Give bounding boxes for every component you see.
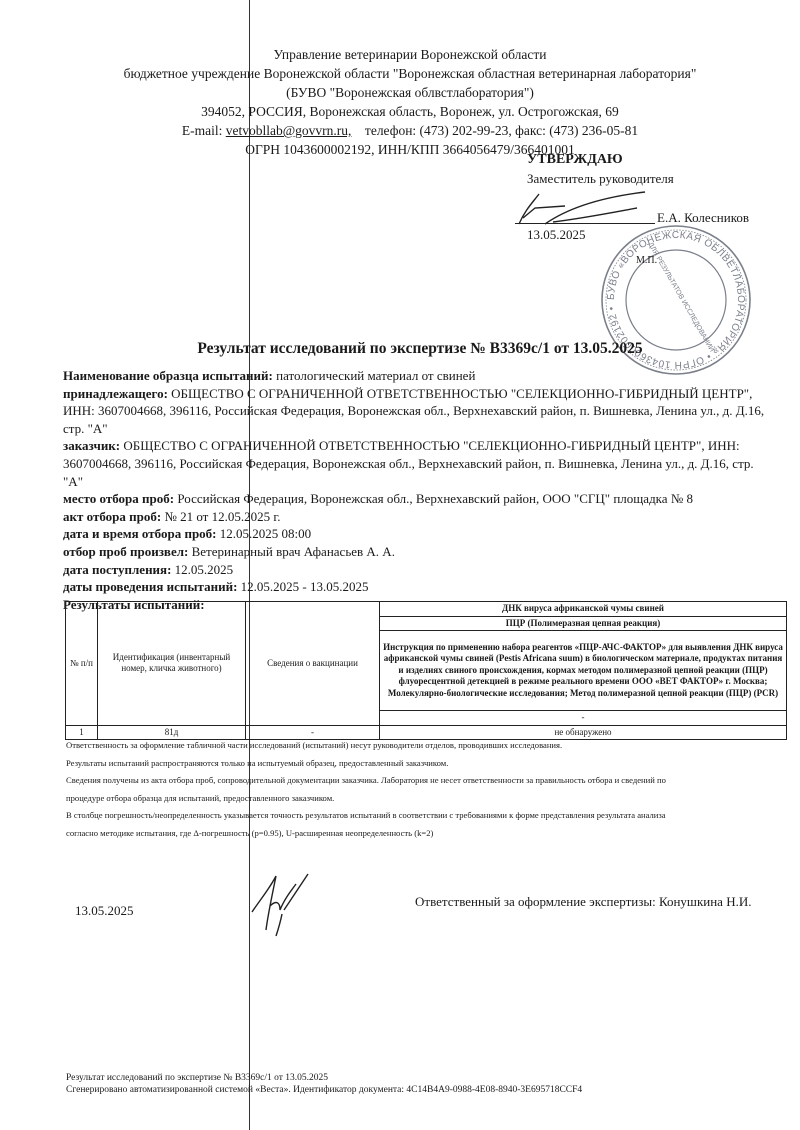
sampled-by-value: Ветеринарный врач Афанасьев А. А. <box>192 544 395 559</box>
sampling-act-value: № 21 от 12.05.2025 г. <box>164 509 280 524</box>
organization-header: Управление ветеринарии Воронежской облас… <box>60 45 760 159</box>
approval-date: 13.05.2025 <box>527 227 586 243</box>
received-row: дата поступления: 12.05.2025 <box>63 561 775 579</box>
sampled-by-row: отбор проб произвел: Ветеринарный врач А… <box>63 543 775 561</box>
note-source: Сведения получены из акта отбора проб, с… <box>66 775 778 786</box>
approval-position: Заместитель руководителя <box>527 169 787 188</box>
row-number: 1 <box>66 725 98 740</box>
responsible-signature <box>250 870 310 940</box>
approval-title: УТВЕРЖДАЮ <box>527 150 787 169</box>
customer-value: ОБЩЕСТВО С ОГРАНИЧЕННОЙ ОТВЕТСТВЕННОСТЬЮ… <box>63 438 754 488</box>
indicator-header: ДНК вируса африканской чумы свиней <box>380 602 787 617</box>
header-line-address: 394052, РОССИЯ, Воронежская область, Вор… <box>60 102 760 121</box>
norm-cell: - <box>380 711 787 726</box>
sampling-act-label: акт отбора проб: <box>63 509 161 524</box>
header-line-institution: бюджетное учреждение Воронежской области… <box>60 64 760 83</box>
note-uncertainty: В столбце погрешность/неопределенность у… <box>66 810 778 821</box>
test-dates-label: даты проведения испытаний: <box>63 579 237 594</box>
row-vaccination: - <box>246 725 380 740</box>
table-header-row: № п/п Идентификация (инвентарный номер, … <box>66 602 787 617</box>
sampling-place-label: место отбора проб: <box>63 491 174 506</box>
table-row: 1 81д - не обнаружено <box>66 725 787 740</box>
customer-label: заказчик: <box>63 438 120 453</box>
header-line-contacts: E-mail: vetvobllab@govvrn.ru, телефон: (… <box>60 121 760 140</box>
row-identification: 81д <box>98 725 246 740</box>
received-value: 12.05.2025 <box>175 562 234 577</box>
footer-reference: Результат исследований по экспертизе № В… <box>66 1072 582 1084</box>
note-uncertainty-cont: согласно методике испытания, где Δ-погре… <box>66 828 778 839</box>
sampling-datetime-value: 12.05.2025 08:00 <box>220 526 311 541</box>
sampling-place-row: место отбора проб: Российская Федерация,… <box>63 490 775 508</box>
header-line-short-name: (БУВО "Воронежская облвстлаборатория") <box>60 83 760 102</box>
sample-name-row: Наименование образца испытаний: патологи… <box>63 367 775 385</box>
sampling-place-value: Российская Федерация, Воронежская обл., … <box>177 491 693 506</box>
email-link[interactable]: vetvobllab@govvrn.ru, <box>226 123 352 138</box>
col-header-identification: Идентификация (инвентарный номер, кличка… <box>98 602 246 726</box>
method-short-header: ПЦР (Полимеразная цепная реакция) <box>380 616 787 631</box>
responsible-person: Ответственный за оформление экспертизы: … <box>415 894 751 910</box>
header-line-ministry: Управление ветеринарии Воронежской облас… <box>60 45 760 64</box>
col-header-number: № п/п <box>66 602 98 726</box>
email-label: E-mail: <box>182 123 223 138</box>
test-dates-value: 12.05.2025 - 13.05.2025 <box>241 579 369 594</box>
method-document-header: Инструкция по применению набора реагенто… <box>380 631 787 711</box>
test-dates-row: даты проведения испытаний: 12.05.2025 - … <box>63 578 775 596</box>
sample-name-label: Наименование образца испытаний: <box>63 368 273 383</box>
received-label: дата поступления: <box>63 562 171 577</box>
note-source-cont: процедуре отбора образца для испытаний, … <box>66 793 778 804</box>
sampled-by-label: отбор проб произвел: <box>63 544 188 559</box>
footer-generator-id: Сгенерировано автоматизированной системо… <box>66 1084 582 1096</box>
signature-date: 13.05.2025 <box>75 903 134 919</box>
sampling-datetime-label: дата и время отбора проб: <box>63 526 217 541</box>
phones: телефон: (473) 202-99-23, факс: (473) 23… <box>365 123 638 138</box>
row-result: не обнаружено <box>380 725 787 740</box>
note-responsibility: Ответственность за оформление табличной … <box>66 740 778 751</box>
note-scope: Результаты испытаний распространяются то… <box>66 758 778 769</box>
customer-row: заказчик: ОБЩЕСТВО С ОГРАНИЧЕННОЙ ОТВЕТС… <box>63 437 775 490</box>
sampling-act-row: акт отбора проб: № 21 от 12.05.2025 г. <box>63 508 775 526</box>
approval-block: УТВЕРЖДАЮ Заместитель руководителя <box>527 150 787 188</box>
notes-block: Ответственность за оформление табличной … <box>66 740 778 845</box>
owner-row: принадлежащего: ОБЩЕСТВО С ОГРАНИЧЕННОЙ … <box>63 385 775 438</box>
sampling-datetime-row: дата и время отбора проб: 12.05.2025 08:… <box>63 525 775 543</box>
stamp-place-label: М.П. <box>636 255 657 266</box>
document-footer: Результат исследований по экспертизе № В… <box>66 1072 582 1096</box>
owner-label: принадлежащего: <box>63 386 168 401</box>
owner-value: ОБЩЕСТВО С ОГРАНИЧЕННОЙ ОТВЕТСТВЕННОСТЬЮ… <box>63 386 764 436</box>
sample-info: Наименование образца испытаний: патологи… <box>63 367 775 613</box>
sample-name-value: патологический материал от свиней <box>276 368 475 383</box>
results-table: № п/п Идентификация (инвентарный номер, … <box>65 601 787 740</box>
col-header-vaccination: Сведения о вакцинации <box>246 602 380 726</box>
document-title: Результат исследований по экспертизе № В… <box>60 340 780 358</box>
